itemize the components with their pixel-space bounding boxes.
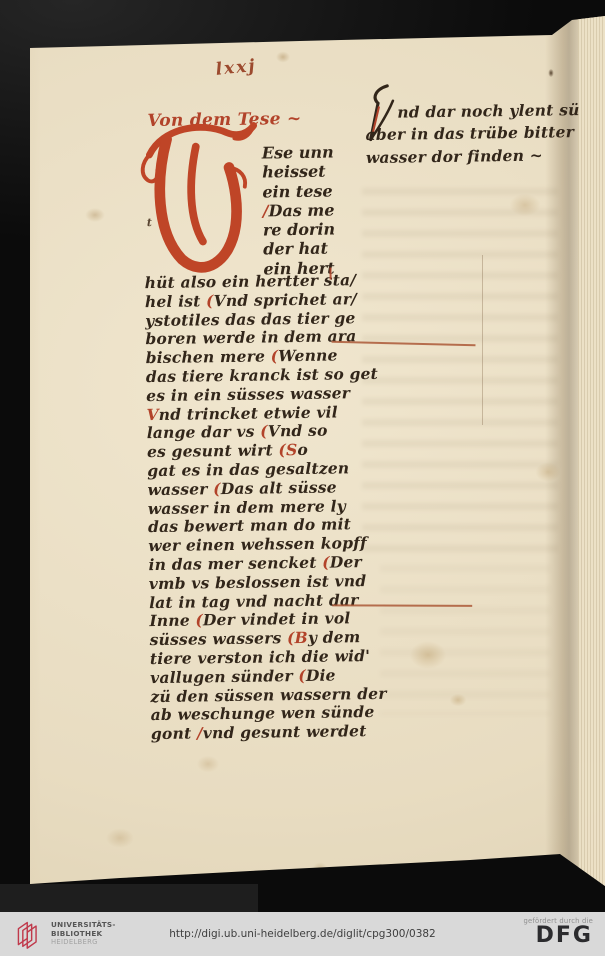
manuscript-scan-viewer: lxxj Von dem Tese ~ t Ese unnheissetein …	[0, 0, 605, 956]
manuscript-text-line: aber in das trübe bitter	[365, 121, 580, 146]
ub-heidelberg-logo-icon	[14, 918, 44, 950]
manuscript-text-line: Ese unn	[262, 142, 334, 162]
ub-heidelberg-logo: UNIVERSITÄTS- BIBLIOTHEK HEIDELBERG	[14, 918, 116, 950]
folio-number: lxxj	[215, 56, 258, 80]
manuscript-text-line: re dorin	[263, 220, 335, 240]
funding-block: gefördert durch die DFG	[524, 917, 594, 947]
footer-bar: UNIVERSITÄTS- BIBLIOTHEK HEIDELBERG http…	[0, 912, 605, 956]
library-name-line3: HEIDELBERG	[51, 938, 116, 947]
ub-heidelberg-logo-text: UNIVERSITÄTS- BIBLIOTHEK HEIDELBERG	[51, 921, 116, 947]
manuscript-text-line: gont /vnd gesunt werdet	[151, 722, 387, 744]
manuscript-text-line: ein tese	[262, 181, 334, 201]
text-block-right-column: nd dar noch ylent süaber in das trübe bi…	[365, 99, 580, 169]
manuscript-text-line: heisset	[262, 162, 334, 182]
red-mark	[329, 268, 331, 280]
initial-guide-letter: t	[147, 216, 152, 229]
scan-source-url: http://digi.ub.uni-heidelberg.de/diglit/…	[169, 928, 435, 940]
dfg-logo: DFG	[524, 925, 594, 947]
text-block-indented: Ese unnheissetein tese/Das mere dorinder…	[262, 142, 336, 278]
manuscript-text-line: wasser dor finden ~	[366, 144, 581, 169]
manuscript-text-line: der hat	[263, 239, 335, 259]
manuscript-text-line: /Das me	[263, 200, 335, 220]
library-name-line2: BIBLIOTHEK	[51, 930, 116, 939]
decorated-initial-letter	[133, 117, 261, 284]
manuscript-content: lxxj Von dem Tese ~ t Ese unnheissetein …	[0, 0, 605, 956]
manuscript-text-line: nd dar noch ylent sü	[365, 99, 580, 124]
